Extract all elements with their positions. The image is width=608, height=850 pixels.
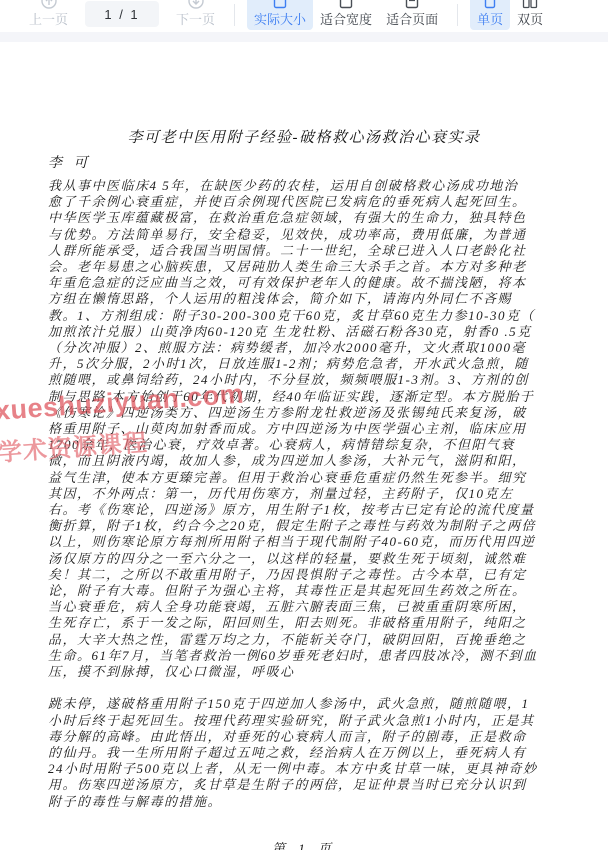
fit-page-button[interactable]: 适合页面 [379, 0, 445, 30]
next-page-button[interactable]: 下一页 [169, 0, 222, 30]
text-line: 方组在懒惰思路，个人运用的粗浅体会，简介如下，请海内外同仁不吝赐 [48, 291, 560, 307]
text-line: 年重危急症的泛应曲当之效，可有效保护老年人的健康。故不揣浅陋，将本 [48, 275, 560, 291]
document-author: 李 可 [48, 152, 560, 172]
double-page-icon [522, 0, 538, 9]
double-page-button[interactable]: 双页 [510, 0, 550, 30]
fit-width-label: 适合宽度 [320, 12, 372, 27]
pdf-viewer-toolbar: 上一页 1 / 1 下一页 实际大小 适合宽度 [0, 0, 608, 32]
toolbar-divider [457, 4, 458, 26]
text-line: 1700余年，医治心衰，疗效卓著。心衰病人，病情错综复杂，不但阳气衰 [48, 437, 560, 453]
prev-page-icon [41, 0, 57, 9]
text-line: 与优势。方法简单易行，安全稳妥，见效快，成功率高，费用低廉，为普通 [48, 227, 560, 243]
paragraph-2: 跳未停，遂破格重用附子150克于四逆加人参汤中，武火急煎，随煎随喂，1小时后终于… [48, 696, 560, 809]
text-line: 的仙丹。我一生所用附子超过五吨之救，经治病人在万例以上，垂死病人有 [48, 745, 560, 761]
double-page-label: 双页 [517, 12, 543, 27]
next-page-icon [188, 0, 204, 9]
text-line: 矣！其二，之所以不敢重用附子，乃因畏惧附子之毒性。古今本草，已有定 [48, 567, 560, 583]
text-line: 以上，则伤寒论原方每剂所用附子相当于现代制附子40-60克，而历代用四逆 [48, 534, 560, 550]
single-page-label: 单页 [477, 12, 503, 27]
text-line: 教。1、方剂组成：附子30-200-300克干60克，炙甘草60克生力参10-3… [48, 308, 560, 324]
text-line: 我从事中医临床4 5年，在缺医少药的农桂，运用自创破格救心汤成功地治 [48, 178, 560, 194]
fit-page-label: 适合页面 [386, 12, 438, 27]
text-line: 毒分解的高峰。由此悟出，对垂死的心衰病人而言，附子的剧毒，正是救命 [48, 729, 560, 745]
text-line: 其因，不外两点：第一，历代用伤寒方，剂量过轻，主药附子，仅10克左 [48, 486, 560, 502]
text-line: 格重用附子、山萸肉加射香而成。方中四逆汤为中医学强心主剂，临床应用 [48, 421, 560, 437]
text-line: 益气生津，使本方更臻完善。但用于救治心衰垂危重症仍然生死参半。细究 [48, 470, 560, 486]
text-line: 制与思路 本方始创于60年代初期，经40年临证实践，逐渐定型。本方脱胎于 [48, 389, 560, 405]
page-indicator-text: 1 / 1 [104, 7, 139, 22]
paragraph-1: 我从事中医临床4 5年，在缺医少药的农桂，运用自创破格救心汤成功地治愈了千余例心… [48, 178, 560, 680]
text-line: 人群所能承受，适合我国当明国情。二十一世纪，全球已进入人口老龄化社 [48, 243, 560, 259]
toolbar-divider [234, 4, 235, 26]
prev-page-label: 上一页 [29, 12, 68, 27]
toolbar-bottom-band [0, 32, 608, 42]
page-number-footer: 第 1 页 [48, 838, 560, 850]
text-line: 《伤寒论》四逆汤类方、四逆汤生方参附龙牡救逆汤及张锡纯氏来复汤，破 [48, 405, 560, 421]
text-line: 附子的毒性与解毒的措施。 [48, 794, 560, 810]
text-line: 生命。61年7月，当笔者救治一例60岁垂死老妇时，患者四肢冰冷，测不到血 [48, 648, 560, 664]
document-title: 李可老中医用附子经验-破格救心汤救治心衰实录 [48, 126, 560, 147]
text-line: 压，摸不到脉搏，仅心口微湿，呼吸心 [48, 664, 560, 680]
single-page-button[interactable]: 单页 [470, 0, 510, 30]
text-line: 生死存亡，系于一发之际，阳回则生，阳去则死。非破格重用附子，纯阳之 [48, 615, 560, 631]
actual-size-label: 实际大小 [254, 12, 306, 27]
text-line: 中华医学玉库蕴藏极富，在救治重危急症领域，有强大的生命力，独具特色 [48, 210, 560, 226]
text-line: 用。伤寒四逆汤原方，炙甘草是生附子的两倍，足证仲景当时已充分认识到 [48, 777, 560, 793]
fit-page-icon [404, 0, 420, 9]
text-line: 衡折算，附子1枚，约合今之20克，假定生附子之毒性与药效为制附子之两倍 [48, 518, 560, 534]
document-content: 李可老中医用附子经验-破格救心汤救治心衰实录 李 可 我从事中医临床4 5年，在… [0, 126, 608, 850]
text-line: 愈了千余例心衰重症，并使百余例现代医院已发病危的垂死病人起死回生。 [48, 194, 560, 210]
text-line: 跳未停，遂破格重用附子150克于四逆加人参汤中，武火急煎，随煎随喂，1 [48, 696, 560, 712]
text-line: 24小时用附子500克以上者，从无一例中毒。本方中炙甘草一味，更具神奇妙 [48, 761, 560, 777]
next-page-label: 下一页 [176, 12, 215, 27]
prev-page-button[interactable]: 上一页 [22, 0, 75, 30]
fit-width-icon [338, 0, 354, 9]
text-line: 升，5次分服，2小时1次，日放连服1-2剂；病势危急者，开水武火急煎，随 [48, 356, 560, 372]
text-line: 加煎浓汁兑服）山萸净肉60-120克 生龙牡粉、活磁石粉各30克，射香0 .5克 [48, 324, 560, 340]
page-indicator[interactable]: 1 / 1 [85, 1, 159, 27]
fit-width-button[interactable]: 适合宽度 [313, 0, 379, 30]
text-line: 会。老年易患之心脑疾患，又居砘肋人类生命三大杀手之首。本方对多种老 [48, 259, 560, 275]
text-line: 微，而且阴液内竭，故加人参，成为四逆加人参汤，大补元气，滋阴和阳， [48, 453, 560, 469]
text-line: 品，大辛大热之性，雷霆万均之力，不能斩关夺门，破阴回阳，百挽垂绝之 [48, 632, 560, 648]
text-line: 小时后终于起死回生。按理代药理实验研究，附子武火急煎1小时内，正是其 [48, 713, 560, 729]
actual-size-button[interactable]: 实际大小 [247, 0, 313, 30]
text-line: 煎随喂，或鼻饲给药，24小时内，不分昼放，频频喂服1-3剂。3、方剂的创 [48, 372, 560, 388]
text-line: 当心衰垂危，病人全身功能衰竭，五脏六腑表面三焦，已被重重阴寒所困， [48, 599, 560, 615]
single-page-icon [482, 0, 498, 9]
text-line: 汤仅原方的四分之一至六分之一，以这样的轻量，要救生死于顷刻，诚然难 [48, 551, 560, 567]
actual-size-icon [272, 0, 288, 9]
pdf-page: xueshuziyuan.com 学术资源课程 李可老中医用附子经验-破格救心汤… [0, 42, 608, 850]
text-line: 右。考《伤寒论，四逆汤》原方，用生附子1枚，按考古已定有论的流代度量 [48, 502, 560, 518]
text-line: 论，附子有大毒。但附子为强心主将，其毒性正是其起死回生药效之所在。 [48, 583, 560, 599]
text-line: （分次冲服）2、煎服方法：病势缓者，加冷水2000毫升，文火煮取1000毫 [48, 340, 560, 356]
